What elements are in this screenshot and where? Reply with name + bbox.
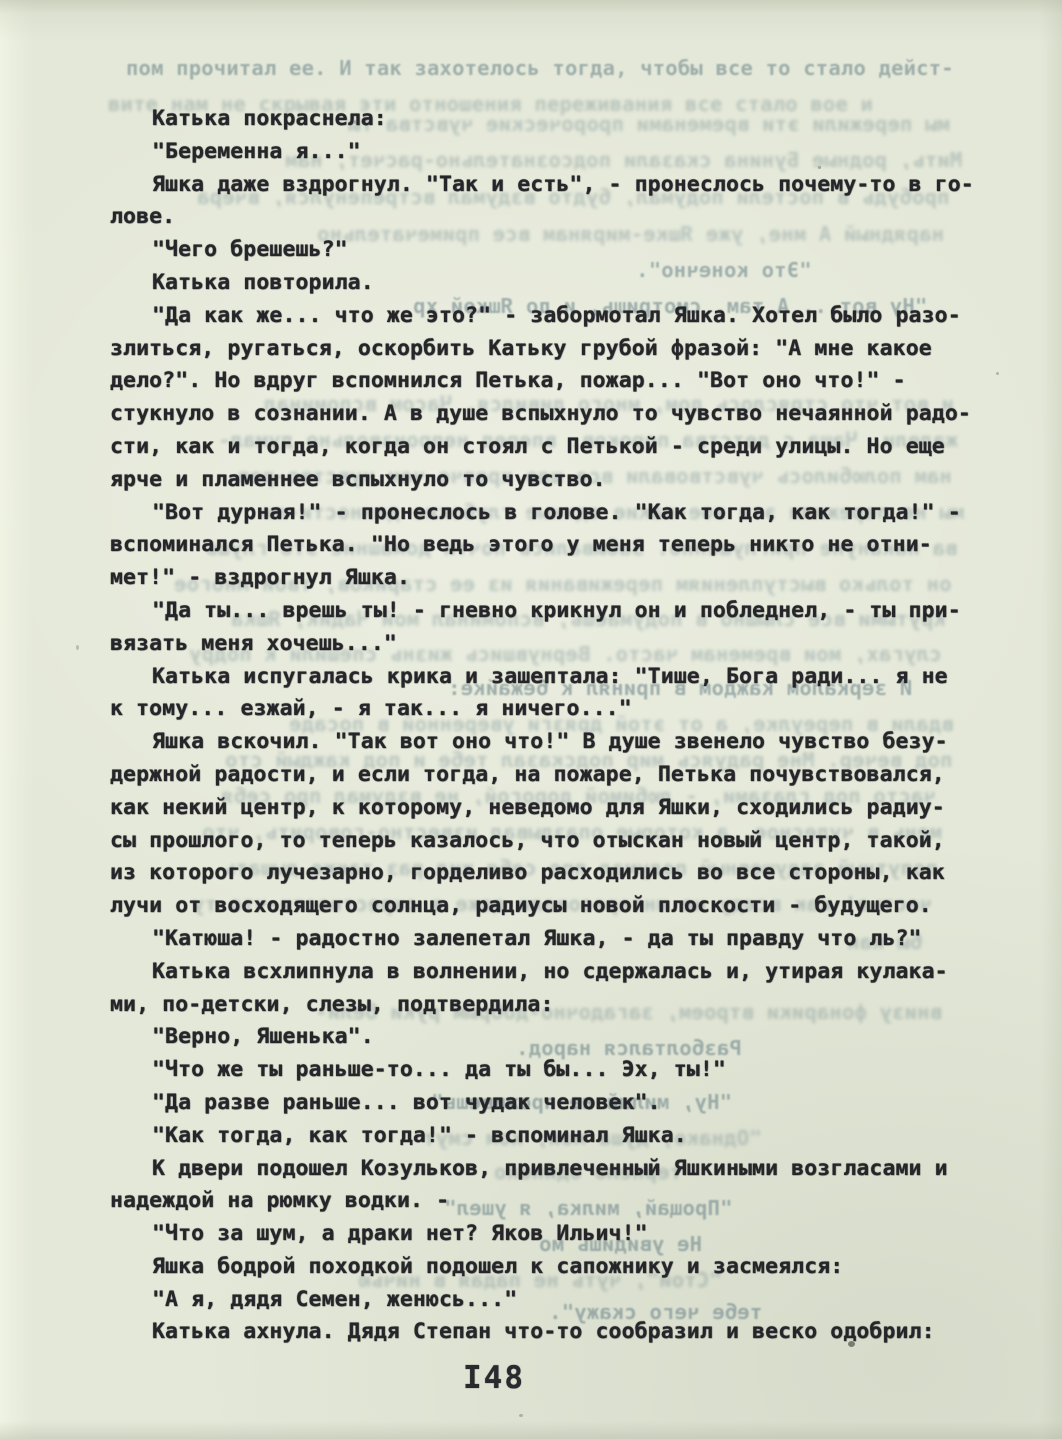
text-line: сы прошлого, то теперь казалось, что оты… xyxy=(110,825,1000,858)
paper-speck xyxy=(354,120,356,124)
text-line: "Что за шум, а драки нет? Яков Ильич!" xyxy=(110,1218,1000,1251)
text-line: "Вот дурная!" - пронеслось в голове. "Ка… xyxy=(110,497,1000,530)
text-line: "Верно, Яшенька". xyxy=(110,1021,1000,1054)
text-line: дело?". Но вдруг вспомнился Петька, пожа… xyxy=(110,365,1000,398)
text-line: Катька ахнула. Дядя Степан что-то сообра… xyxy=(110,1316,1000,1349)
text-line: "Как тогда, как тогда!" - вспоминал Яшка… xyxy=(110,1120,1000,1153)
ghost-text-line: пом прочитал ее. И так захотелось тогда,… xyxy=(126,56,954,80)
page-number: I48 xyxy=(463,1360,525,1396)
text-line: Катька испугалась крика и зашептала: "Ти… xyxy=(110,661,1000,694)
paper-speck xyxy=(996,372,999,375)
text-line: вспоминался Петька. "Но ведь этого у мен… xyxy=(110,529,1000,562)
text-line: "Катюша! - радостно залепетал Яшка, - да… xyxy=(110,923,1000,956)
text-line: как некий центр, к которому, неведомо дл… xyxy=(110,792,1000,825)
text-line: Яшка даже вздрогнул. "Так и есть", - про… xyxy=(110,169,1000,202)
text-line: Катька повторила. xyxy=(110,267,1000,300)
text-line: "Беременна я..." xyxy=(110,136,1000,169)
text-line: ярче и пламеннее вспыхнуло то чувство. xyxy=(110,464,1000,497)
text-line: злиться, ругаться, оскорбить Катьку груб… xyxy=(110,333,1000,366)
text-line: "Да разве раньше... вот чудак человек". xyxy=(110,1087,1000,1120)
text-line: К двери подошел Козульков, привлеченный … xyxy=(110,1153,1000,1186)
typewritten-text-block: Катька покраснела:"Беременна я..."Яшка д… xyxy=(110,103,1000,1349)
paper-speck xyxy=(818,166,821,169)
paper-speck xyxy=(848,1341,855,1347)
text-line: "Что же ты раньше-то... да ты бы... Эх, … xyxy=(110,1054,1000,1087)
text-line: надеждой на рюмку водки. - xyxy=(110,1185,1000,1218)
scanned-page: пом прочитал ее. И так захотелось тогда,… xyxy=(0,0,1062,1439)
text-line: "А я, дядя Семен, женюсь..." xyxy=(110,1284,1000,1317)
text-line: сти, как и тогда, когда он стоял с Петьк… xyxy=(110,431,1000,464)
paper-speck xyxy=(519,1414,523,1417)
text-line: Катька покраснела: xyxy=(110,103,1000,136)
text-line: к тому... езжай, - я так... я ничего..." xyxy=(110,693,1000,726)
paper-speck xyxy=(76,645,79,650)
text-line: из которого лучезарно, горделиво расходи… xyxy=(110,857,1000,890)
text-line: "Да ты... врешь ты! - гневно крикнул он … xyxy=(110,595,1000,628)
text-line: Катька всхлипнула в волнении, но сдержал… xyxy=(110,956,1000,989)
text-line: "Чего брешешь?" xyxy=(110,234,1000,267)
text-line: держной радости, и если тогда, на пожаре… xyxy=(110,759,1000,792)
text-line: стукнуло в сознании. А в душе вспыхнуло … xyxy=(110,398,1000,431)
text-line: вязать меня хочешь..." xyxy=(110,628,1000,661)
text-line: лучи от восходящего солнца, радиусы ново… xyxy=(110,890,1000,923)
text-line: Яшка бодрой походкой подошел к сапожнику… xyxy=(110,1251,1000,1284)
text-line: мет!" - вздрогнул Яшка. xyxy=(110,562,1000,595)
text-line: Яшка вскочил. "Так вот оно что!" В душе … xyxy=(110,726,1000,759)
text-line: ми, по-детски, слезы, подтвердила: xyxy=(110,989,1000,1022)
text-line: лове. xyxy=(110,201,1000,234)
text-line: "Да как же... что же это?" - забормотал … xyxy=(110,300,1000,333)
